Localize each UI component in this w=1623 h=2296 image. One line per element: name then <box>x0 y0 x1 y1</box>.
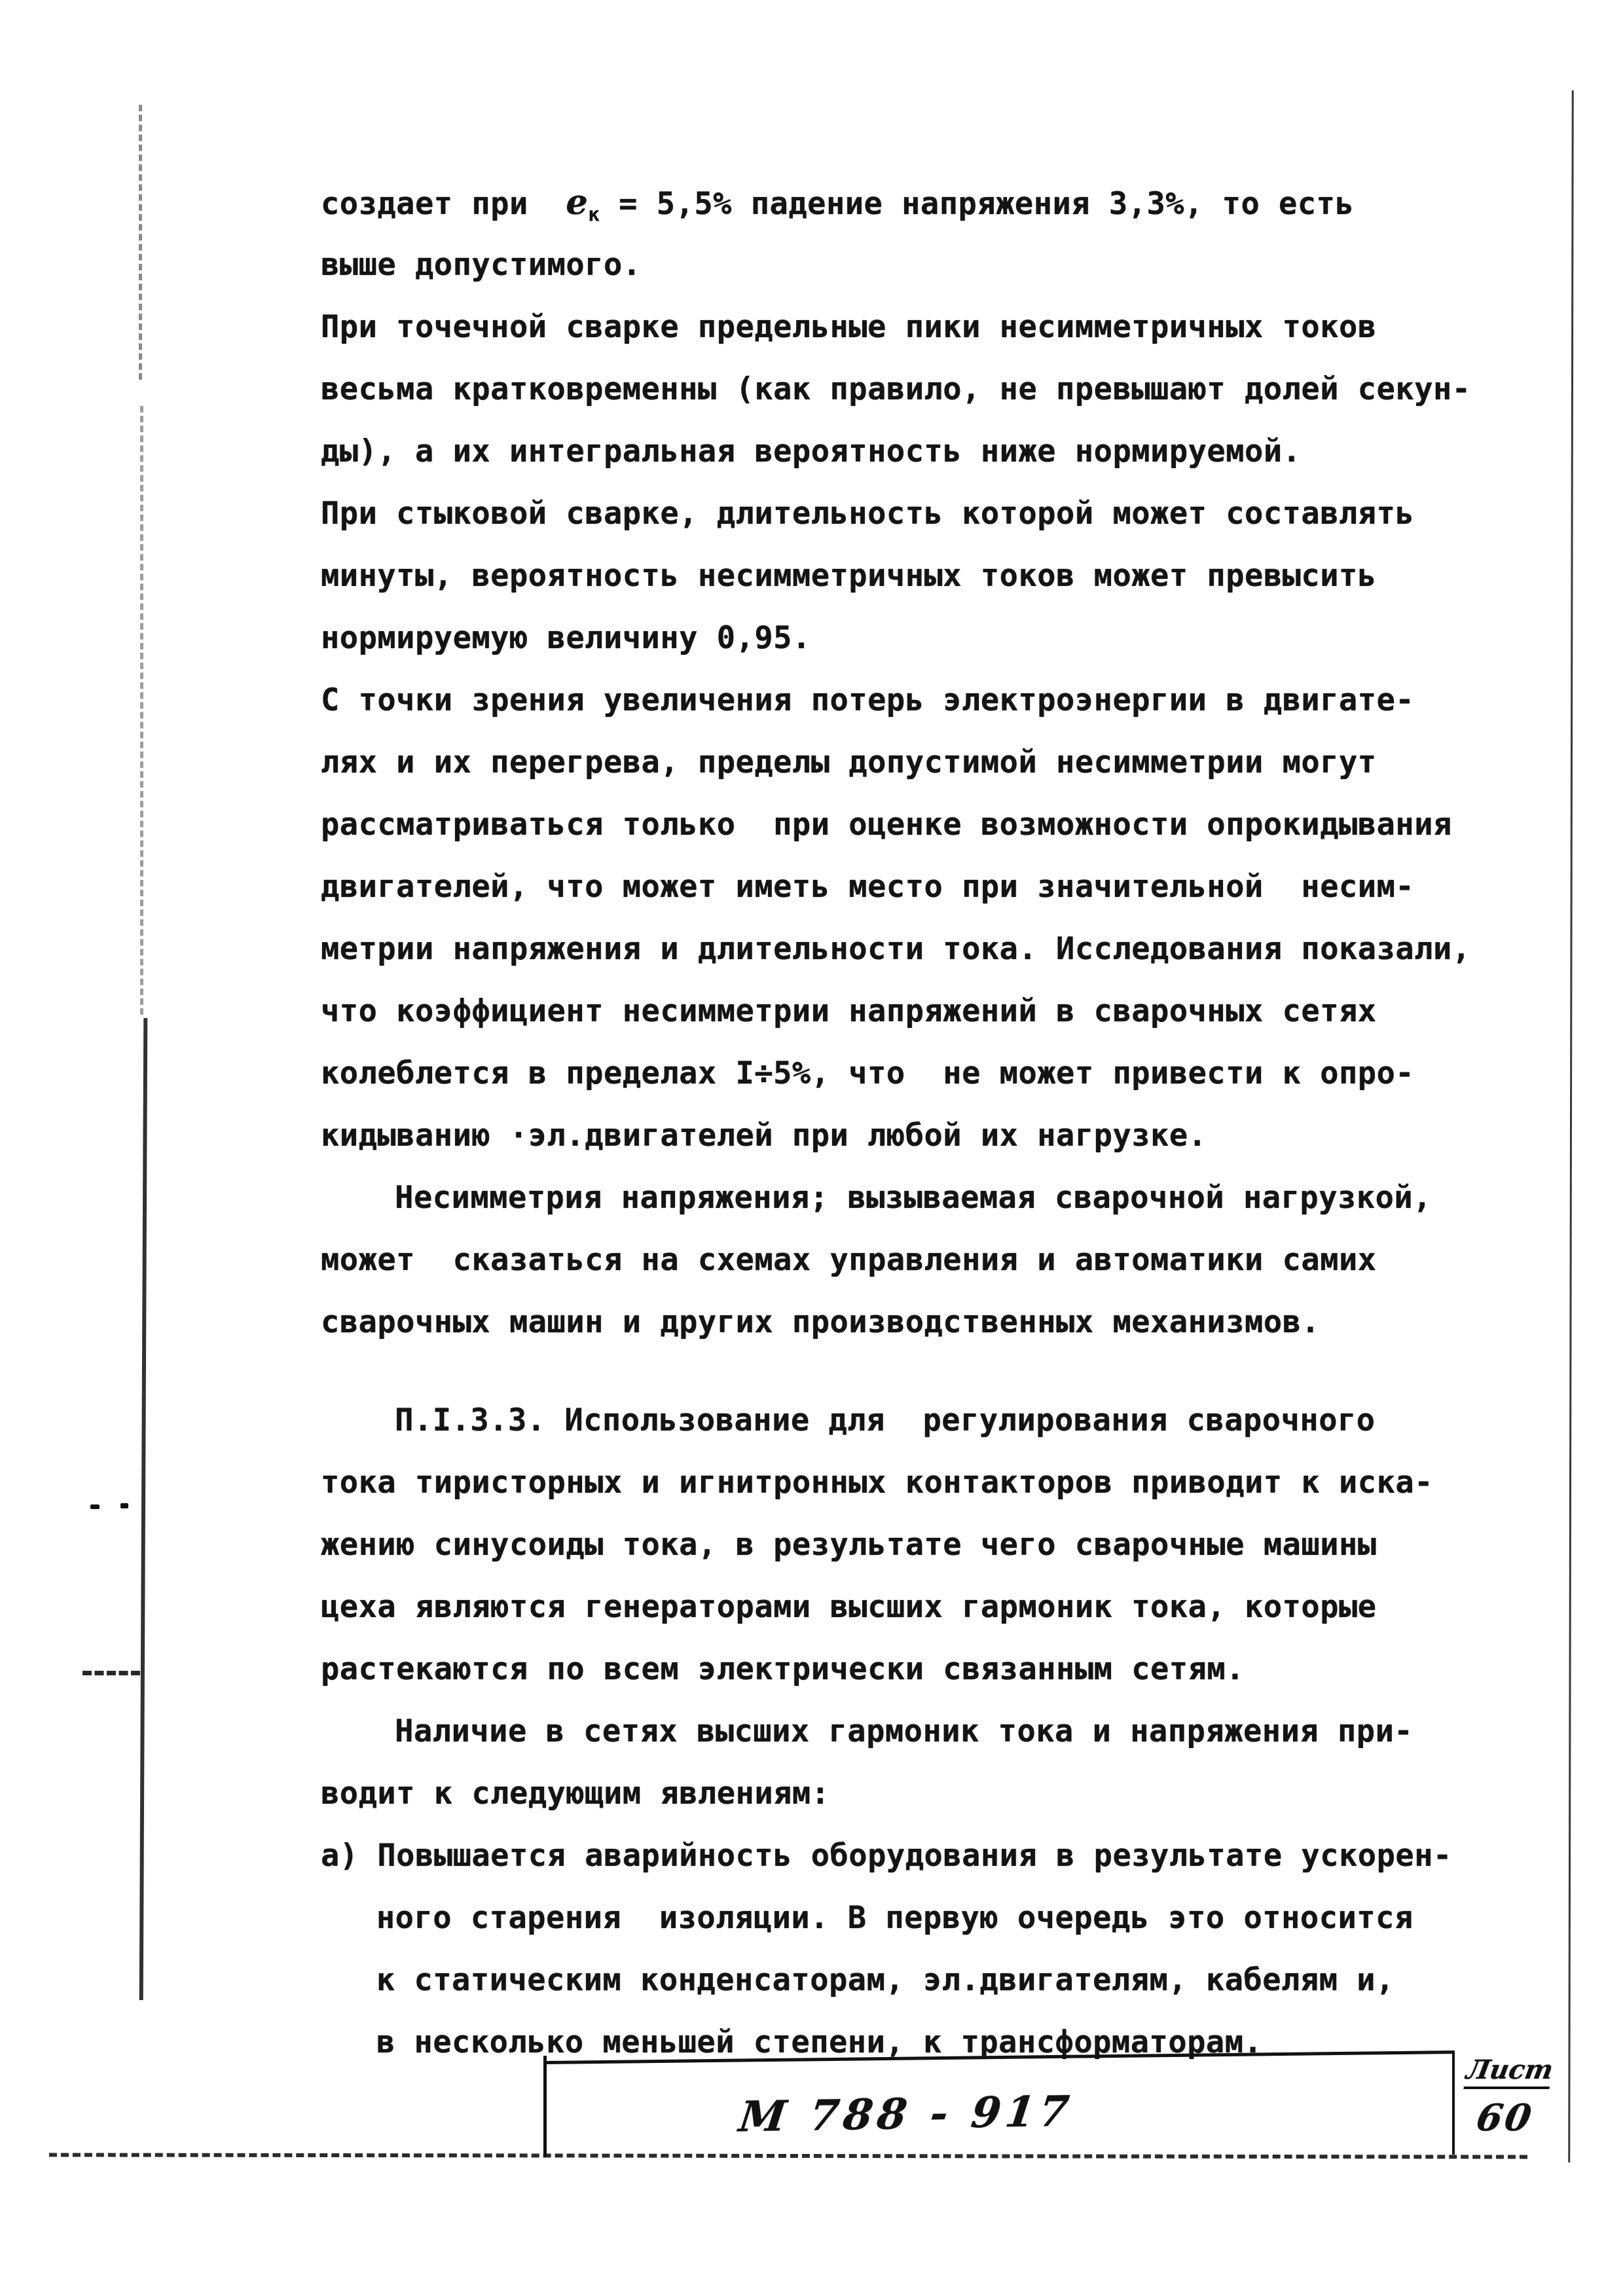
bottom-dashed-line <box>49 2153 1527 2159</box>
text-line: тока тиристорных и игнитронных контактор… <box>321 1451 1473 1514</box>
sheet-number: 60 <box>1473 2096 1537 2140</box>
text-line: При стыковой сварке, длительность которо… <box>321 483 1473 545</box>
text-line: рассматриваться только при оценке возмож… <box>321 793 1473 856</box>
right-page-border-line <box>1568 90 1574 2162</box>
text-line: Несимметрия напряжения; вызываемая сваро… <box>321 1167 1473 1229</box>
sheet-box-vertical-line <box>1452 2053 1455 2155</box>
text-line: При точечной сварке предельные пики неси… <box>321 296 1473 358</box>
left-margin-ink-line <box>139 1018 148 2000</box>
text-line: нормируемую величину 0,95. <box>321 607 1473 669</box>
text-line: колеблется в пределах I÷5%, что не может… <box>321 1042 1473 1104</box>
text-line: ды), а их интегральная вероятность ниже … <box>321 420 1473 483</box>
text-line: водит к следующим явлениям: <box>321 1762 1473 1825</box>
document-number: М 788 - 917 <box>737 2087 1076 2142</box>
document-text: создает при ек = 5,5% падение напряжения… <box>321 172 1473 2073</box>
text-line: ного старения изоляции. В первую очередь… <box>321 1887 1473 1949</box>
text-line: в несколько меньшей степени, к трансформ… <box>321 2011 1473 2073</box>
text-line: метрии напряжения и длительности тока. И… <box>321 918 1473 980</box>
text-line: что коэффициент несимметрии напряжений в… <box>321 980 1473 1042</box>
text-line: а) Повышается аварийность оборудования в… <box>321 1825 1473 1887</box>
text-line: лях и их перегрева, пределы допустимой н… <box>321 731 1473 793</box>
text-line: сварочных машин и других производственны… <box>321 1291 1473 1353</box>
text-line: выше допустимого. <box>321 234 1473 296</box>
text-line: цеха являются генераторами высших гармон… <box>321 1576 1473 1638</box>
text-line: Наличие в сетях высших гармоник тока и н… <box>321 1700 1473 1762</box>
text-line: П.I.3.3. Использование для регулирования… <box>321 1389 1473 1451</box>
left-margin-dotted-artifact <box>139 105 142 380</box>
margin-dash-marks <box>82 1671 140 1675</box>
scanned-page: создает при ек = 5,5% падение напряжения… <box>0 0 1623 2296</box>
text-line: минуты, вероятность несимметричных токов… <box>321 545 1473 607</box>
text-line: может сказаться на схемах управления и а… <box>321 1229 1473 1291</box>
sheet-label: Лист <box>1463 2054 1555 2089</box>
text-line: к статическим конденсаторам, эл.двигател… <box>321 1949 1473 2011</box>
text-line: весьма кратковременны (как правило, не п… <box>321 358 1473 420</box>
text-line: кидыванию ·эл.двигателей при любой их на… <box>321 1104 1473 1167</box>
text-line: двигателей, что может иметь место при зн… <box>321 856 1473 918</box>
text-line: С точки зрения увеличения потерь электро… <box>321 669 1473 731</box>
footer-vertical-line <box>543 2056 547 2157</box>
text-line: создает при ек = 5,5% падение напряжения… <box>321 172 1473 234</box>
text-line: жению синусоиды тока, в результате чего … <box>321 1514 1473 1576</box>
margin-dot-marks <box>90 1503 130 1510</box>
left-margin-dotted-artifact <box>140 406 143 1015</box>
text-line: растекаются по всем электрически связанн… <box>321 1638 1473 1700</box>
